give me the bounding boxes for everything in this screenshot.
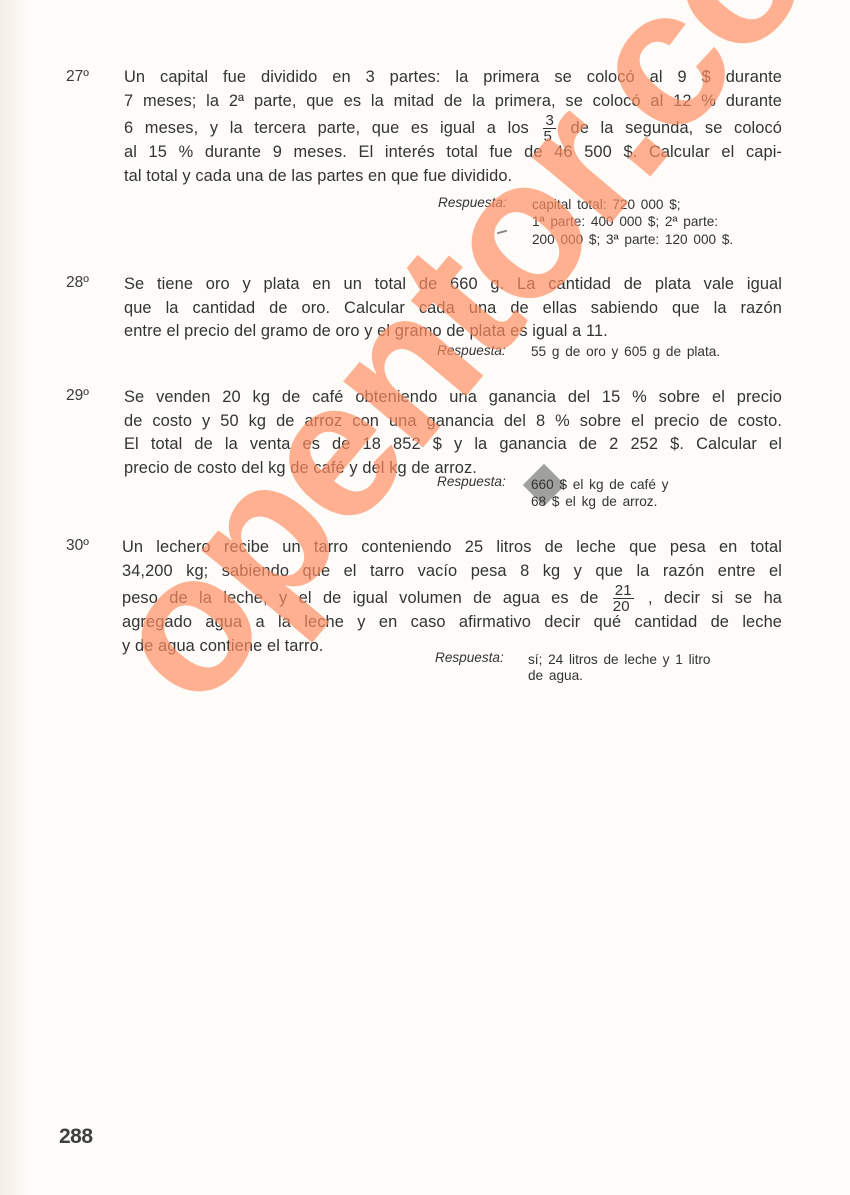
statement-line: que la cantidad de oro. Calcular cada un… (124, 297, 782, 321)
statement-line: Se venden 20 kg de café obteniendo una g… (124, 386, 782, 410)
statement-line: al 15 % durante 9 meses. El interés tota… (124, 141, 782, 165)
answer-line: 200 000 $; 3ª parte: 120 000 $. (532, 232, 733, 248)
statement-line: Un capital fue dividido en 3 partes: la … (124, 66, 782, 90)
answer-label: Respuesta: (438, 195, 507, 211)
statement-line-with-fraction: 6 meses, y la tercera parte, que es igua… (124, 113, 782, 141)
statement-line: 34,200 kg; sabiendo que el tarro vacío p… (122, 560, 782, 584)
fraction-numerator: 3 (543, 113, 555, 129)
fraction: 3 5 (543, 113, 555, 144)
answer-line: 68 $ el kg de arroz. (531, 494, 657, 510)
statement-line: Se tiene oro y plata en un total de 660 … (124, 273, 782, 297)
problem-number: 27º (66, 68, 89, 86)
answer-line: capital total: 720 000 $; (532, 197, 681, 213)
page-edge-shadow (0, 0, 30, 1195)
statement-line-with-fraction: peso de la leche, y el de igual volumen … (122, 583, 782, 611)
scan-speck (497, 230, 507, 235)
statement-text: peso de la leche, y el de igual volumen … (122, 589, 598, 607)
statement-line: tal total y cada una de las partes en qu… (124, 165, 782, 189)
answer-line: 55 g de oro y 605 g de plata. (531, 344, 720, 360)
answer-line: de agua. (528, 668, 583, 684)
statement-line: Un lechero recibe un tarro conteniendo 2… (122, 536, 782, 560)
answer-line: sí; 24 litros de leche y 1 litro (528, 652, 711, 668)
statement-text: de la segunda, se colocó (571, 119, 783, 137)
problem-statement: Se venden 20 kg de café obteniendo una g… (124, 386, 782, 480)
problem-number: 28º (66, 274, 89, 292)
problem-statement: Un lechero recibe un tarro conteniendo 2… (122, 536, 782, 658)
answer-line: 1ª parte: 400 000 $; 2ª parte: (532, 214, 718, 230)
statement-line: agregado agua a la leche y en caso afirm… (122, 611, 782, 635)
problem-number: 29º (66, 387, 89, 405)
answer-label: Respuesta: (435, 650, 504, 666)
statement-line: 7 meses; la 2ª parte, que es la mitad de… (124, 90, 782, 114)
fraction: 21 20 (613, 583, 634, 614)
statement-line: entre el precio del gramo de oro y el gr… (124, 320, 782, 344)
statement-text: 6 meses, y la tercera parte, que es igua… (124, 119, 529, 137)
answer-label: Respuesta: (437, 343, 506, 359)
problem-statement: Un capital fue dividido en 3 partes: la … (124, 66, 782, 188)
problem-statement: Se tiene oro y plata en un total de 660 … (124, 273, 782, 344)
fraction-numerator: 21 (613, 583, 634, 599)
page-number: 288 (59, 1125, 93, 1149)
statement-line: de costo y 50 kg de arroz con una gananc… (124, 410, 782, 434)
statement-line: El total de la venta es de 18 852 $ y la… (124, 433, 782, 457)
answer-line: 660 $ el kg de café y (531, 477, 668, 493)
problem-number: 30º (66, 537, 89, 555)
statement-text: , decir si se ha (648, 589, 782, 607)
answer-label: Respuesta: (437, 474, 506, 490)
